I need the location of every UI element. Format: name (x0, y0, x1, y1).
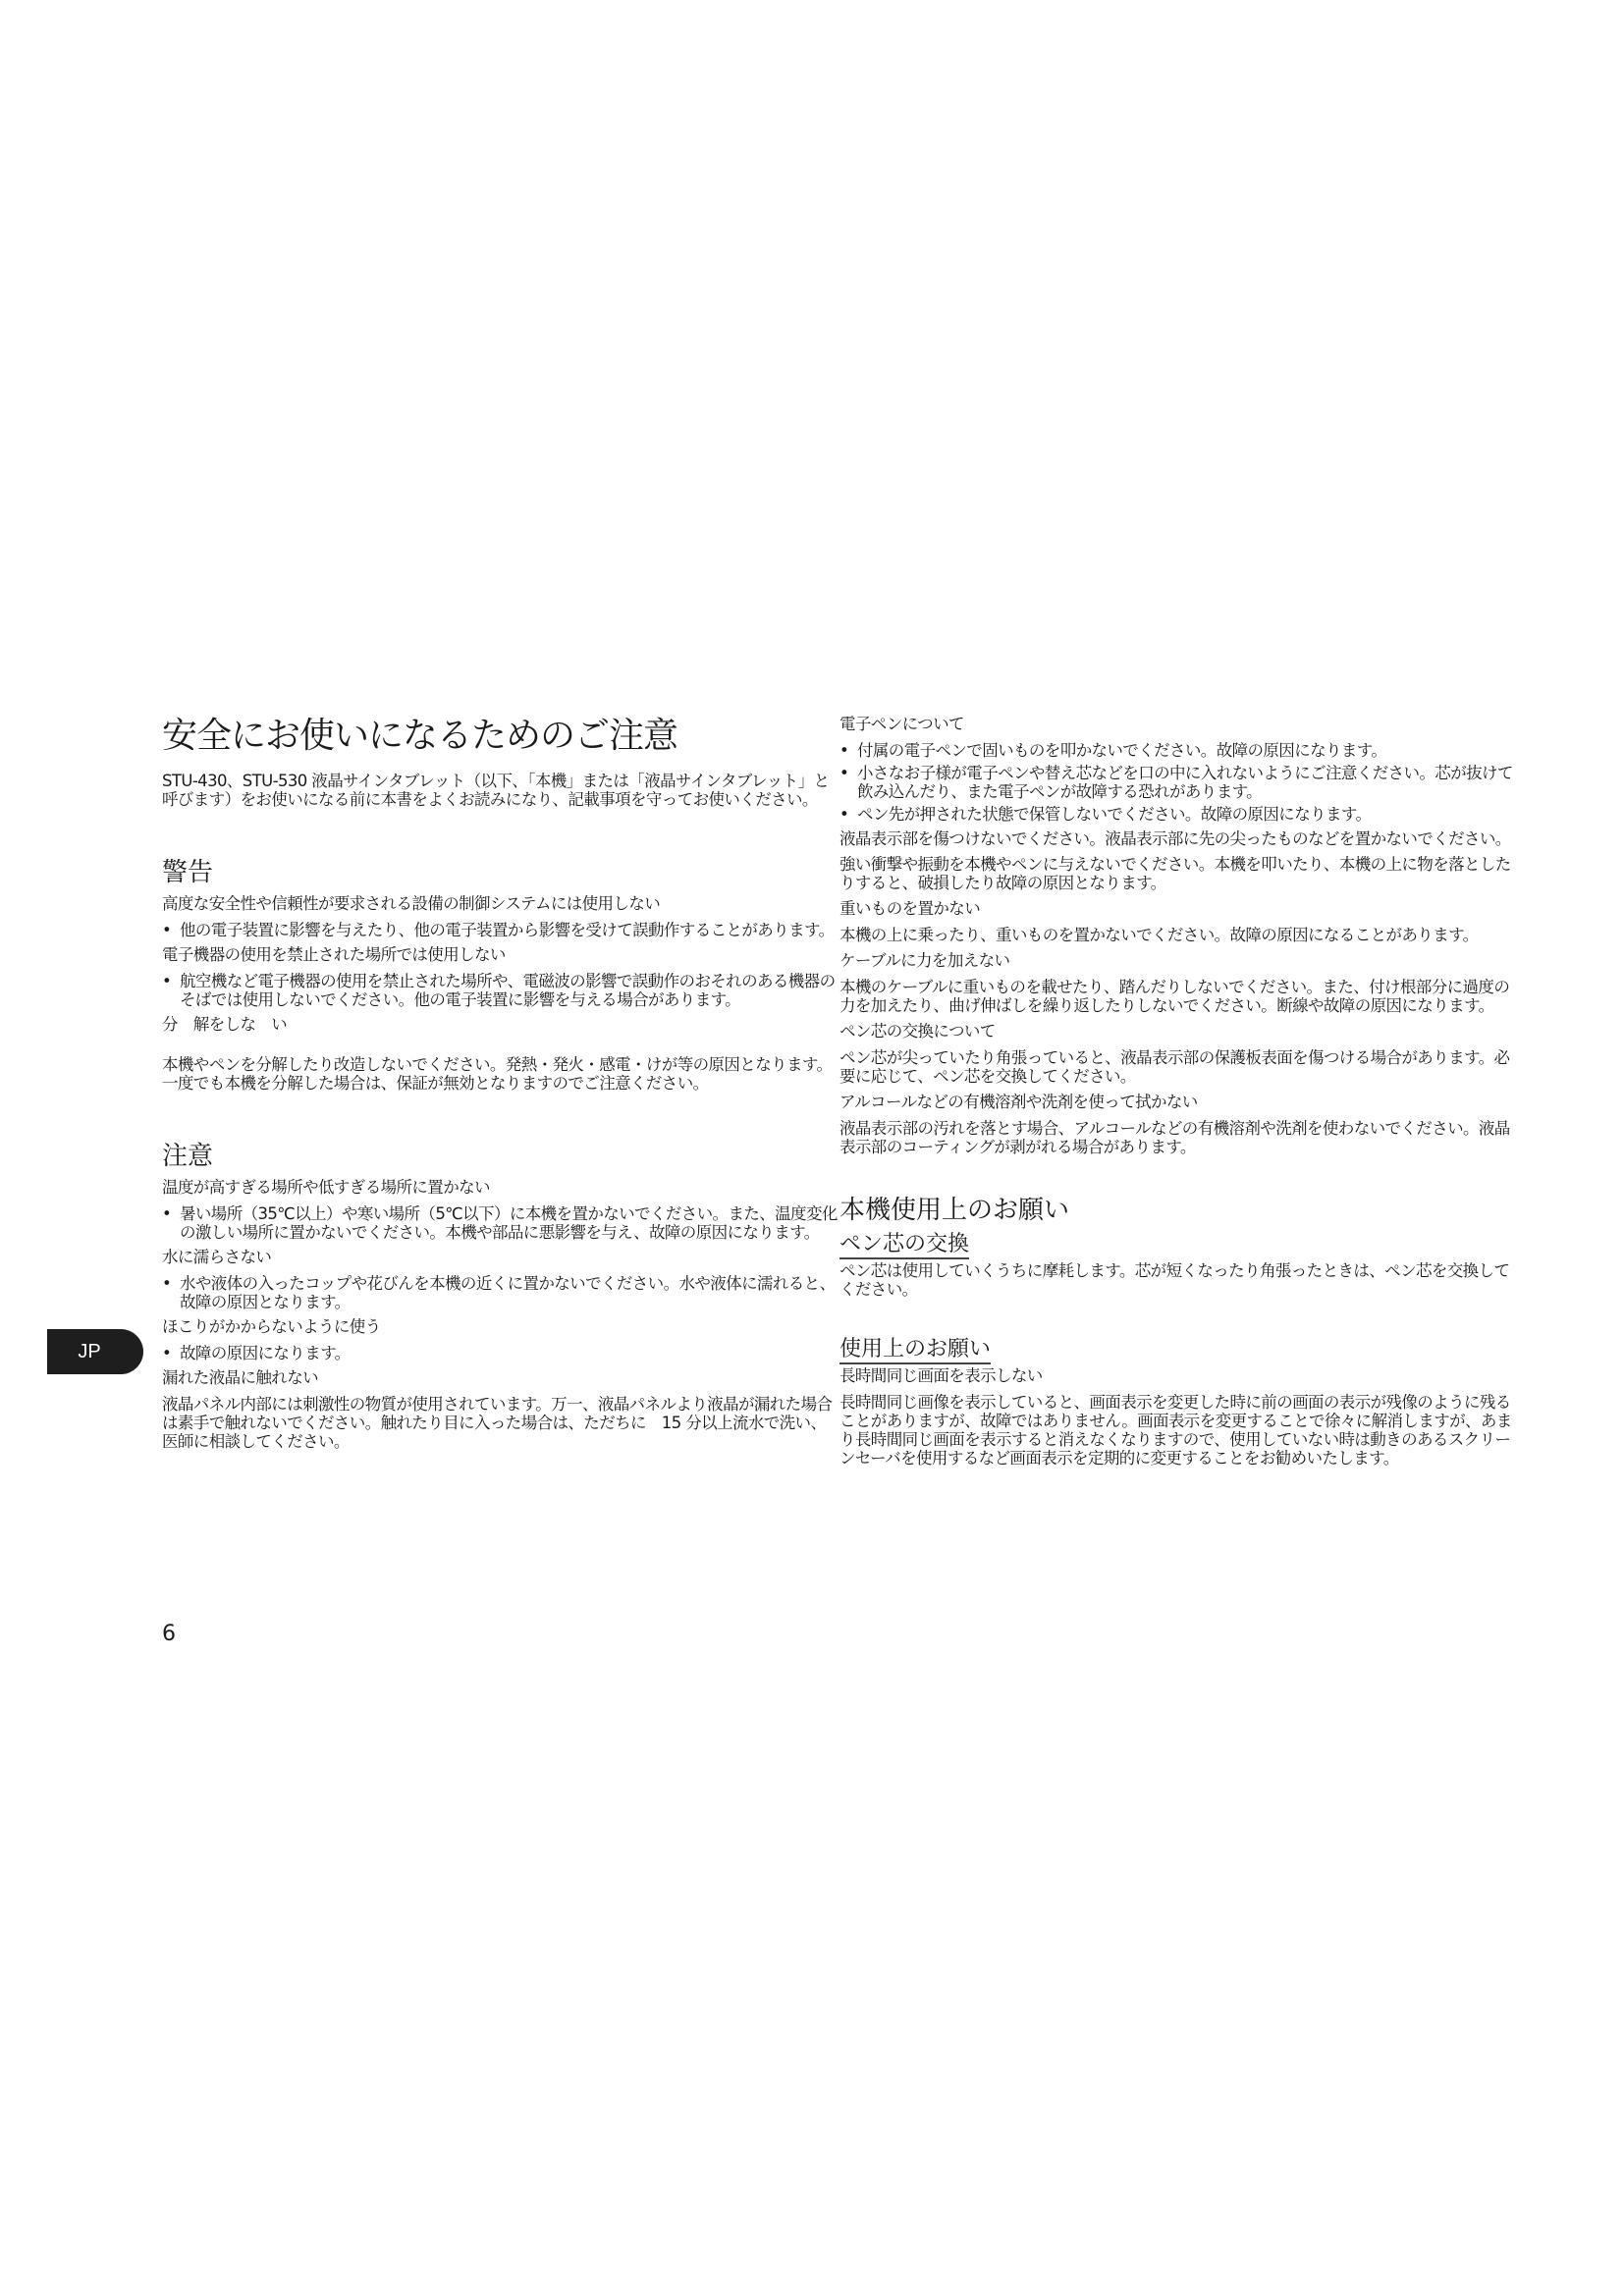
warning-heading: 警告 (162, 857, 839, 888)
subheading: 長時間同じ画面を表示しない (839, 1366, 1517, 1385)
subheading: アルコールなどの有機溶剤や洗剤を使って拭かない (839, 1093, 1517, 1111)
nib-replacement-heading: ペン芯の交換 (839, 1232, 969, 1259)
warning-section: 警告 高度な安全性や信頼性が要求される設備の制御システムには使用しない 他の電子… (162, 857, 839, 1093)
bullet-item: 故障の原因になります。 (162, 1344, 839, 1362)
bullet-item: 暑い場所（35℃以上）や寒い場所（5℃以下）に本機を置かないでください。また、温… (162, 1204, 839, 1242)
subheading: 水に濡らさない (162, 1248, 839, 1266)
language-tab-jp: JP (47, 1329, 143, 1374)
subheading: ほこりがかからないように使う (162, 1317, 839, 1336)
usage-section: 本機使用上のお願い ペン芯の交換 ペン芯は使用していくうちに摩耗します。芯が短く… (839, 1195, 1517, 1468)
body-text: 本機の上に乗ったり、重いものを置かないでください。故障の原因になることがあります… (839, 926, 1517, 944)
bullet-item: 水や液体の入ったコップや花びんを本機の近くに置かないでください。水や液体に濡れる… (162, 1274, 839, 1311)
bullet-item: 他の電子装置に影響を与えたり、他の電子装置から影響を受けて誤動作することがありま… (162, 921, 839, 939)
body-text: 液晶パネル内部には刺激性の物質が使用されています。万一、液晶パネルより液晶が漏れ… (162, 1395, 839, 1451)
page-number: 6 (162, 1622, 176, 1646)
bullet-item: ペン先が押された状態で保管しないでください。故障の原因になります。 (839, 805, 1517, 824)
left-column: 安全にお使いになるためのご注意 STU-430、STU-530 液晶サインタブレ… (162, 715, 839, 1458)
subheading: ペン芯の交換について (839, 1022, 1517, 1041)
caution-heading: 注意 (162, 1141, 839, 1172)
subheading: 漏れた液晶に触れない (162, 1368, 839, 1387)
bullet-item: 小さなお子様が電子ペンや替え芯などを口の中に入れないようにご注意ください。芯が抜… (839, 764, 1517, 801)
bullet-item: 付属の電子ペンで固いものを叩かないでください。故障の原因になります。 (839, 741, 1517, 760)
caution-section: 注意 温度が高すぎる場所や低すぎる場所に置かない 暑い場所（35℃以上）や寒い場… (162, 1141, 839, 1451)
usage-heading: 本機使用上のお願い (839, 1195, 1517, 1226)
subheading: 電子ペンについて (839, 715, 1517, 733)
body-text: 液晶表示部を傷つけないでください。液晶表示部に先の尖ったものなどを置かないでくだ… (839, 829, 1517, 848)
body-text: 長時間同じ画像を表示していると、画面表示を変更した時に前の画面の表示が残像のよう… (839, 1393, 1517, 1468)
subheading: 電子機器の使用を禁止された場所では使用しない (162, 945, 839, 964)
body-text: ペン芯が尖っていたり角張っていると、液晶表示部の保護板表面を傷つける場合がありま… (839, 1048, 1517, 1086)
bullet-item: 航空機など電子機器の使用を禁止された場所や、電磁波の影響で誤動作のおそれのある機… (162, 972, 839, 1009)
usage-requests-heading: 使用上のお願い (839, 1337, 991, 1364)
body-text: ペン芯は使用していくうちに摩耗します。芯が短くなったり角張ったときは、ペン芯を交… (839, 1261, 1517, 1299)
body-text: 本機のケーブルに重いものを載せたり、踏んだりしないでください。また、付け根部分に… (839, 978, 1517, 1015)
subheading: 温度が高すぎる場所や低すぎる場所に置かない (162, 1178, 839, 1197)
language-tab-label: JP (78, 1341, 100, 1363)
subheading: 重いものを置かない (839, 899, 1517, 918)
subheading: ケーブルに力を加えない (839, 951, 1517, 970)
subheading: 高度な安全性や信頼性が要求される設備の制御システムには使用しない (162, 894, 839, 913)
body-text: 本機やペンを分解したり改造しないでください。発熱・発火・感電・けが等の原因となり… (162, 1055, 839, 1093)
body-text: 強い衝撃や振動を本機やペンに与えないでください。本機を叩いたり、本機の上に物を落… (839, 855, 1517, 892)
subheading: 分 解をしな い (162, 1015, 839, 1034)
right-column: 電子ペンについて 付属の電子ペンで固いものを叩かないでください。故障の原因になり… (839, 715, 1517, 1474)
body-text: 液晶表示部の汚れを落とす場合、アルコールなどの有機溶剤や洗剤を使わないでください… (839, 1119, 1517, 1156)
page-title: 安全にお使いになるためのご注意 (162, 715, 839, 758)
intro-text: STU-430、STU-530 液晶サインタブレット（以下、「本機」または「液晶… (162, 772, 839, 809)
